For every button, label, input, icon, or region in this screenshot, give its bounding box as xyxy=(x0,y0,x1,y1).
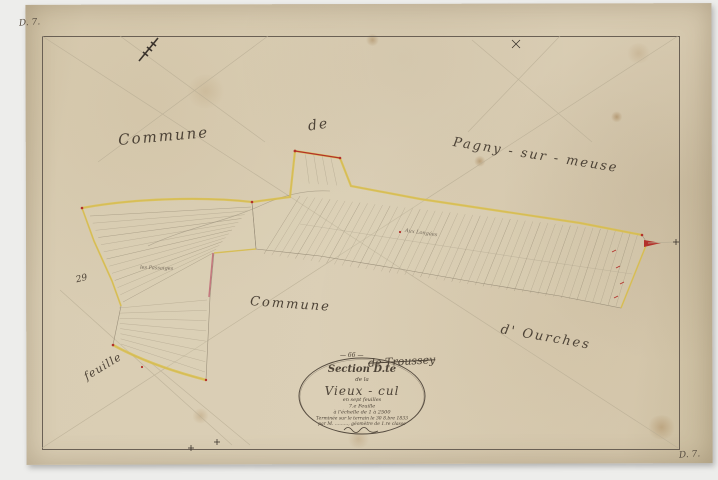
corner-label-top-left: D. 7. xyxy=(19,17,41,28)
long-strip-band xyxy=(252,151,647,308)
scanned-cadastral-map-page: { "sheet": { "corner_label_top_left": "D… xyxy=(0,0,718,480)
cartouche-title-block: Section D.te de la Vieux - cul en sept f… xyxy=(297,365,427,457)
red-arrow-icon xyxy=(644,240,661,247)
cartouche-name: Vieux - cul xyxy=(297,385,427,397)
cartouche-details: en sept feuilles 7.e Feuille à l'échelle… xyxy=(297,397,427,427)
cartouche-par: par M. ………, géomètre de 1.re classe xyxy=(297,421,427,427)
label-lieudit-left: les Passaiges xyxy=(140,265,173,272)
survey-needle-icon xyxy=(139,38,158,61)
label-de-top: de xyxy=(307,116,330,135)
cartouche-above-number: — 66 — xyxy=(340,352,363,359)
cartouche-section-line: Section D.te xyxy=(297,365,427,375)
left-parcel-block xyxy=(82,199,256,380)
corner-label-bottom-right: D. 7. xyxy=(679,449,701,460)
cartouche-de-la: de la xyxy=(326,377,398,383)
